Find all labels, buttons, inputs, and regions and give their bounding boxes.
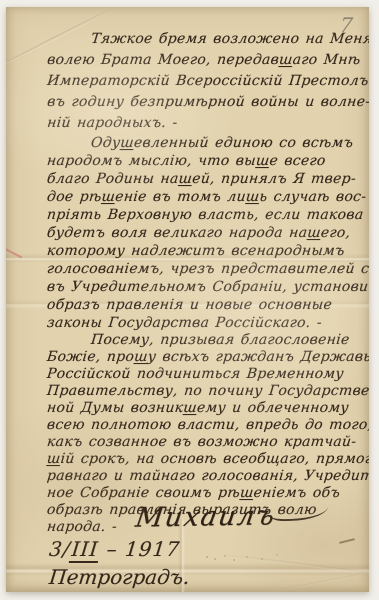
manuscript-line: Посему, призывая благословеніе [46, 332, 364, 349]
underlined-letter: ш [239, 485, 254, 501]
manuscript-line: Одушевленный единою со всѣмъ [46, 134, 364, 152]
underlined-letter: ш [178, 171, 193, 187]
red-edge-mark [6, 248, 22, 259]
manuscript-line: голосованіемъ, чрезъ представителей свои… [46, 260, 364, 278]
ink-fleck [339, 538, 355, 544]
manuscript-line: которому надлежитъ всенароднымъ [46, 242, 364, 260]
place-name: Петроградъ. [48, 565, 191, 589]
paper-wrinkle [221, 553, 369, 575]
manuscript-paper: 7 Тяжкое бремя возложено на Меняволею Бр… [6, 7, 369, 592]
underlined-letter: ш [245, 189, 260, 205]
manuscript-line: народомъ мыслію, что выше всего [46, 152, 364, 170]
manuscript-line: Императорскій Всероссійскій Престолъ [46, 71, 364, 92]
manuscript-line: пріять Верховную власть, если такова [46, 206, 364, 224]
underlined-letter: ш [133, 349, 148, 365]
underlined-letter: ш [255, 153, 270, 169]
manuscript-line: какъ созванное въ возможно кратчай- [46, 434, 364, 451]
manuscript-line: законы Государства Россійскаго. - [46, 314, 364, 332]
manuscript-line: благо Родины нашей, принялъ Я твер- [46, 170, 364, 188]
manuscript-line: образъ правленія и новые основные [46, 296, 364, 314]
manuscript-line: шій срокъ, на основѣ всеобщаго, прямого, [46, 451, 364, 468]
manuscript-line: всею полнотою власти, впредь до того, [46, 417, 364, 434]
manuscript-line: равнаго и тайнаго голосованія, Учредител… [46, 468, 364, 485]
manuscript-line: будетъ воля великаго народа нашего, [46, 224, 364, 242]
manuscript-line: Божіе, прошу всѣхъ гражданъ Державы [46, 349, 364, 366]
scan-background: 7 Тяжкое бремя возложено на Меняволею Бр… [0, 0, 379, 600]
manuscript-line: ной Думы возникшему и облеченному [46, 400, 364, 417]
manuscript-line: ній народныхъ. - [46, 113, 364, 134]
underlined-letter: ш [101, 189, 116, 205]
manuscript-line: Тяжкое бремя возложено на Меня [46, 29, 364, 50]
underlined-letter: ш [119, 135, 134, 151]
paper-wrinkle [268, 569, 369, 592]
underlined-letter: ш [306, 225, 321, 241]
date-year: – 1917 [98, 537, 181, 561]
paragraph: Тяжкое бремя возложено на Меняволею Брат… [46, 29, 362, 134]
date-month-roman: III [69, 537, 100, 563]
underlined-letter: ш [46, 451, 61, 467]
manuscript-line: Россійской подчиниться Временному [46, 366, 364, 383]
underlined-letter: ш [183, 400, 198, 416]
manuscript-line: Правительству, по почину Государствен- [46, 383, 364, 400]
pencil-smudge [206, 556, 208, 558]
manuscript-line: волею Брата Моего, передавшаго Мнѣ [46, 50, 364, 71]
signature-mikhail: Михаилъ [134, 499, 330, 533]
paragraph: Одушевленный единою со всѣмънародомъ мыс… [46, 134, 362, 332]
manuscript-text: Тяжкое бремя возложено на Меняволею Брат… [46, 29, 362, 536]
manuscript-line: въ Учредительномъ Собраніи, установить [46, 278, 364, 296]
manuscript-line: въ годину безпримѣрной войны и волне- [46, 92, 364, 113]
date-line: 3/III – 1917 [48, 537, 181, 561]
manuscript-line: дое рѣшеніе въ томъ лишь случаѣ вос- [46, 188, 364, 206]
underlined-letter: ш [278, 52, 293, 68]
